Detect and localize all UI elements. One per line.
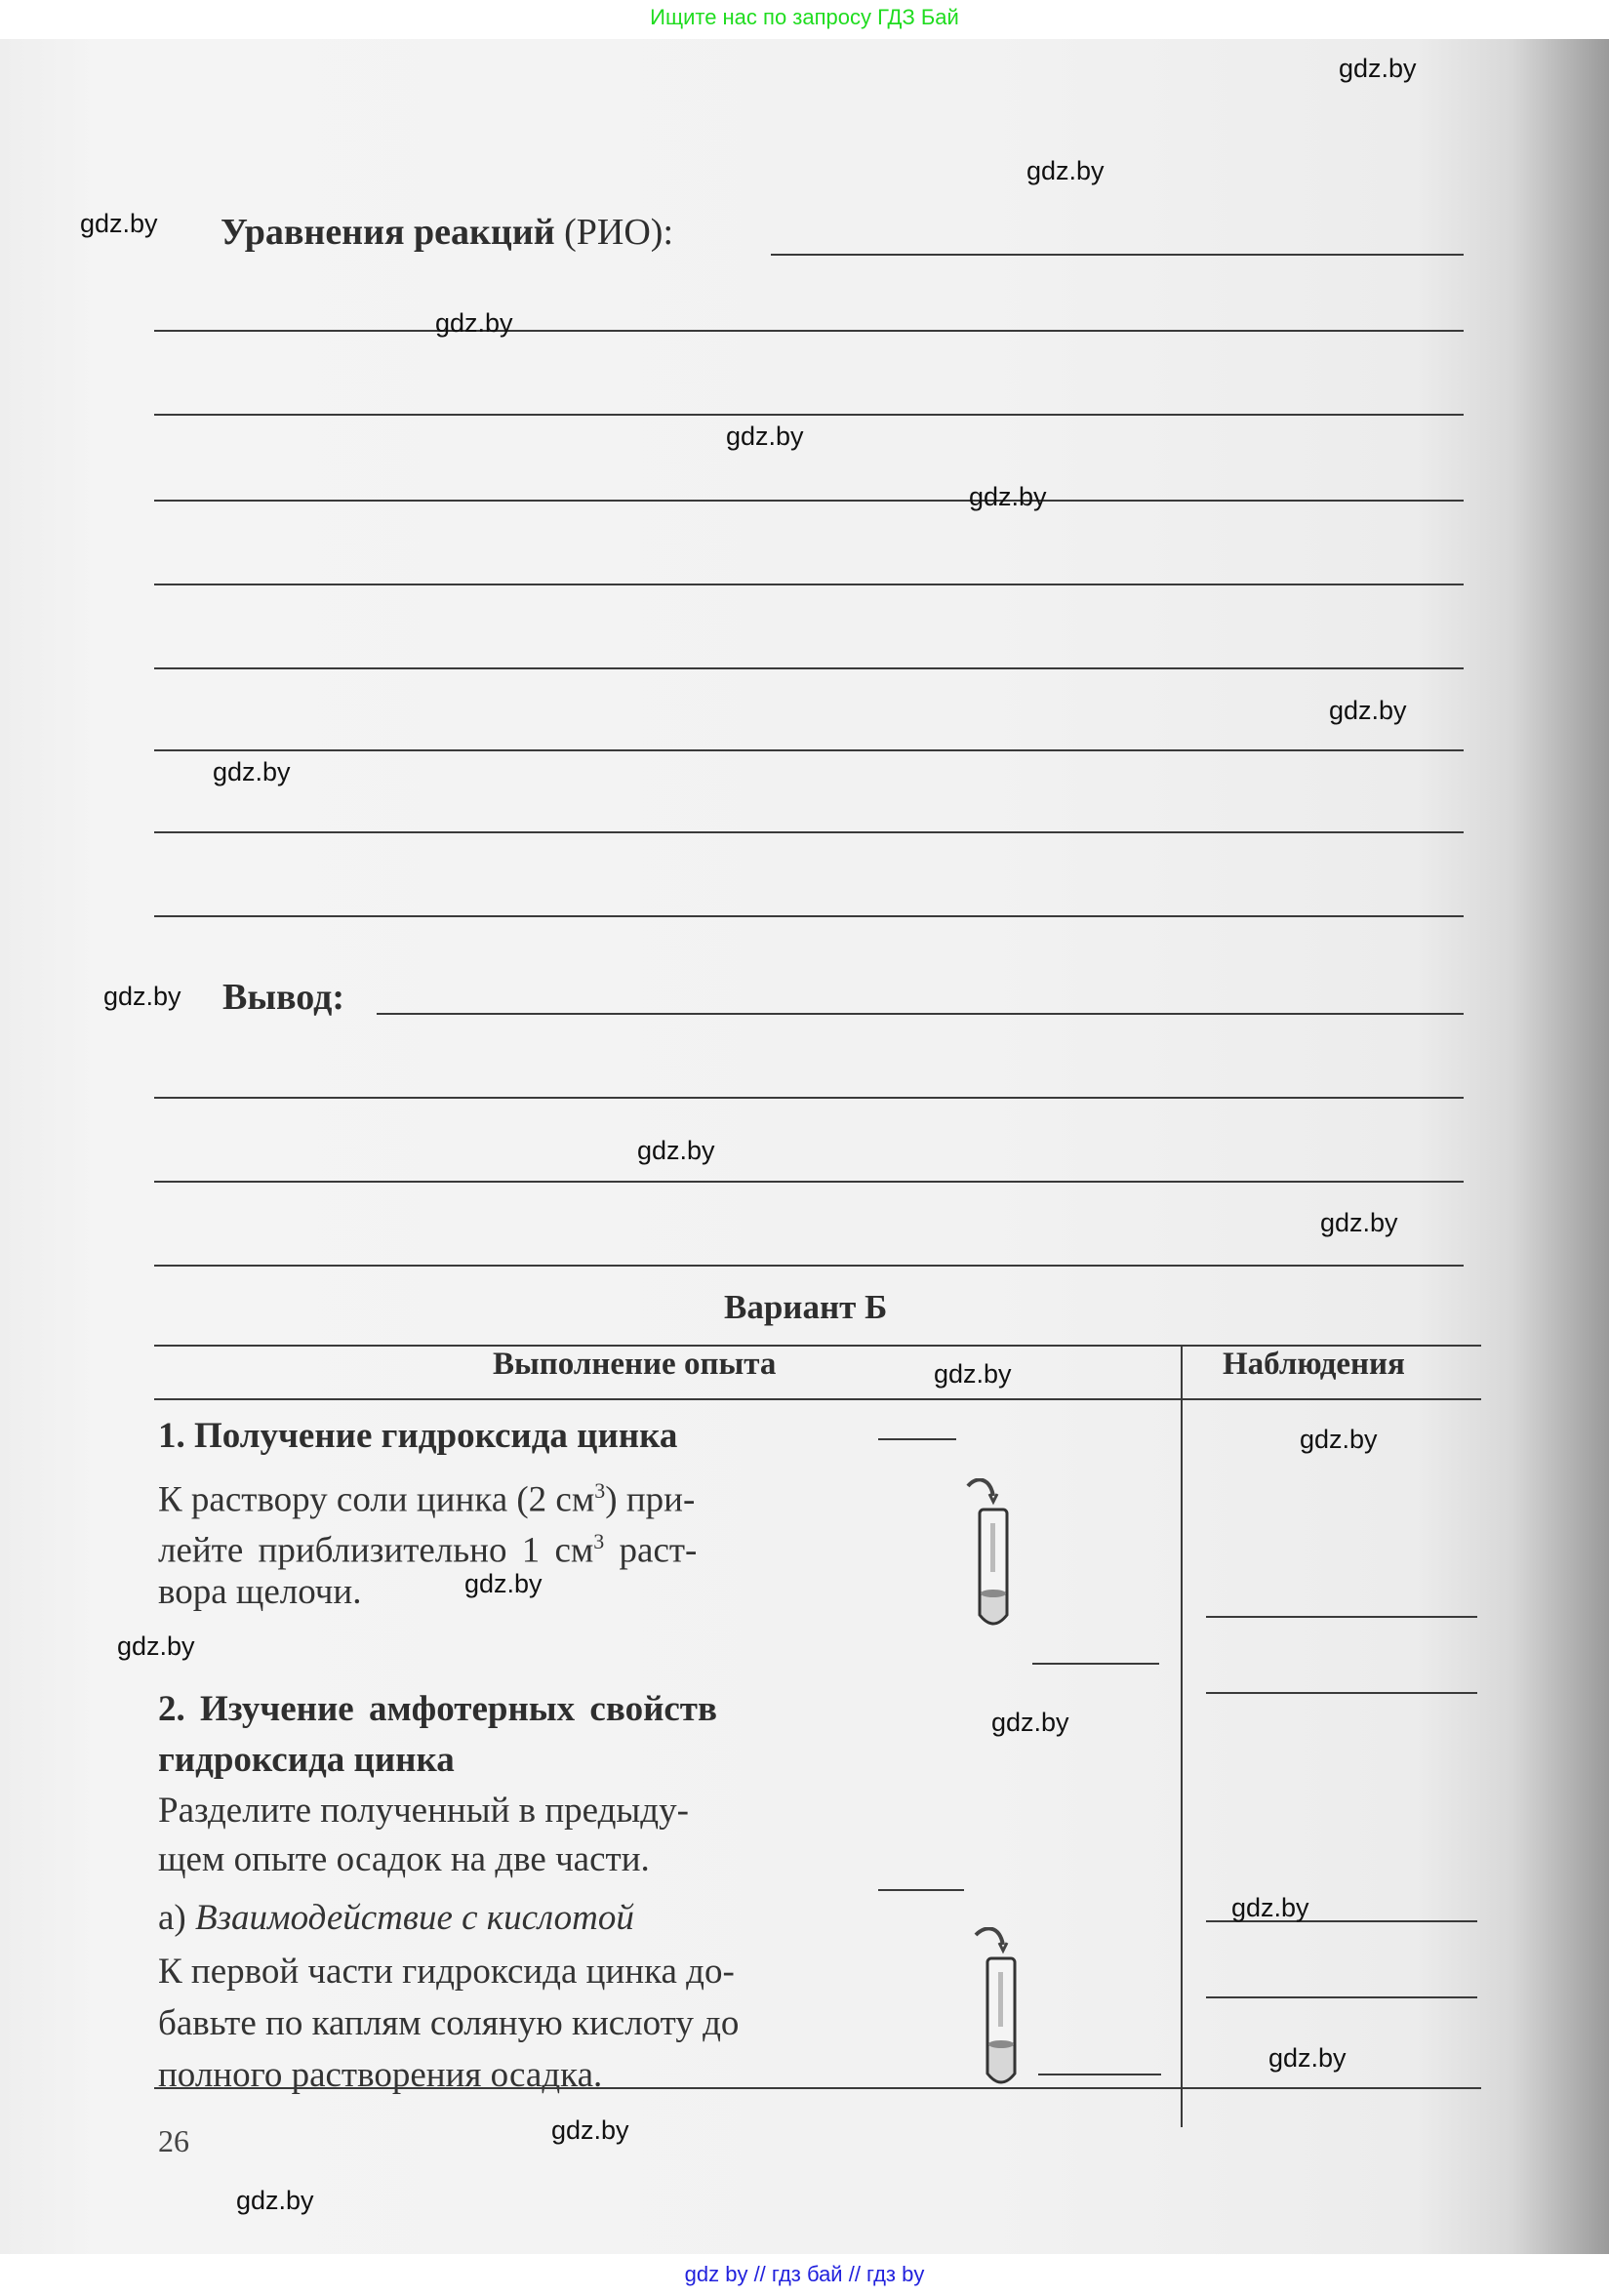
watermark: gdz.by bbox=[1339, 54, 1417, 84]
answer-line[interactable] bbox=[154, 1265, 1464, 1267]
answer-line[interactable] bbox=[377, 1013, 1464, 1015]
watermark: gdz.by bbox=[934, 1359, 1012, 1390]
watermark: gdz.by bbox=[1026, 156, 1105, 186]
step2a-heading: а) Взаимодействие с кислотой bbox=[158, 1893, 634, 1944]
step2a-text-line2: бавьте по каплям соляную кислоту до bbox=[158, 1998, 739, 2049]
column-header-procedure: Выполнение опыта bbox=[493, 1347, 776, 1383]
equations-heading: Уравнения реакций (РИО): bbox=[221, 211, 673, 254]
answer-line[interactable] bbox=[154, 1097, 1464, 1099]
test-tube-dropper-icon bbox=[966, 1478, 1025, 1634]
step2a-text-line1: К первой части гидроксида цинка до- bbox=[158, 1947, 735, 1997]
figure-answer-line[interactable] bbox=[1038, 2074, 1161, 2075]
watermark: gdz.by bbox=[991, 1708, 1069, 1738]
observation-line[interactable] bbox=[1206, 1616, 1477, 1618]
step2-title-line2: гидроксида цинка bbox=[158, 1739, 455, 1781]
step2a-text-line3: полного растворения осадка. bbox=[158, 2050, 602, 2101]
figure-answer-line[interactable] bbox=[878, 1889, 964, 1891]
equations-label-suffix: (РИО): bbox=[555, 212, 673, 253]
page-number: 26 bbox=[158, 2123, 189, 2159]
answer-line[interactable] bbox=[154, 330, 1464, 332]
watermark: gdz.by bbox=[236, 2186, 314, 2216]
observation-line[interactable] bbox=[1206, 1692, 1477, 1694]
step2-text-line1: Разделите полученный в предыду- bbox=[158, 1786, 689, 1836]
answer-line[interactable] bbox=[154, 584, 1464, 585]
answer-line[interactable] bbox=[154, 500, 1464, 502]
watermark: gdz.by bbox=[1268, 2043, 1347, 2074]
step2-text-line2: щем опыте осадок на две части. bbox=[158, 1834, 650, 1885]
answer-line[interactable] bbox=[154, 749, 1464, 751]
watermark: gdz.by bbox=[117, 1631, 195, 1662]
test-tube-dropper-icon bbox=[974, 1927, 1032, 2093]
watermark: gdz.by bbox=[1300, 1425, 1378, 1455]
watermark: gdz.by bbox=[1329, 696, 1407, 726]
figure-answer-line[interactable] bbox=[878, 1438, 956, 1440]
watermark: gdz.by bbox=[551, 2115, 629, 2146]
table-bottom-border bbox=[154, 2087, 1481, 2089]
answer-line[interactable] bbox=[154, 831, 1464, 833]
figure-answer-line[interactable] bbox=[1032, 1663, 1159, 1665]
column-header-observations: Наблюдения bbox=[1223, 1347, 1405, 1383]
answer-line[interactable] bbox=[154, 667, 1464, 669]
answer-line[interactable] bbox=[154, 414, 1464, 416]
watermark: gdz.by bbox=[637, 1136, 715, 1166]
conclusion-heading: Вывод: bbox=[222, 976, 344, 1019]
answer-line[interactable] bbox=[154, 915, 1464, 917]
watermark: gdz.by bbox=[726, 422, 804, 452]
table-column-divider bbox=[1181, 1345, 1183, 2127]
watermark: gdz.by bbox=[1320, 1208, 1398, 1238]
answer-line[interactable] bbox=[771, 254, 1464, 256]
watermark: gdz.by bbox=[103, 982, 181, 1012]
watermark: gdz.by bbox=[1231, 1893, 1309, 1923]
answer-line[interactable] bbox=[154, 1181, 1464, 1183]
table-header-border bbox=[154, 1398, 1481, 1400]
watermark: gdz.by bbox=[464, 1569, 543, 1599]
equations-label: Уравнения реакций bbox=[221, 212, 555, 253]
step1-title: 1. Получение гидроксида цинка bbox=[158, 1415, 677, 1457]
variant-b-title: Вариант Б bbox=[724, 1288, 887, 1327]
observation-line[interactable] bbox=[1206, 1996, 1477, 1998]
watermark: gdz.by bbox=[80, 209, 158, 239]
scanned-page: Уравнения реакций (РИО): Вывод: Вариант … bbox=[0, 39, 1609, 2254]
step2-title-line1: 2. Изучение амфотерных свойств bbox=[158, 1688, 717, 1730]
watermark: gdz.by bbox=[213, 757, 291, 787]
bottom-banner[interactable]: gdz by // гдз бай // гдз by bbox=[0, 2254, 1609, 2296]
watermark: gdz.by bbox=[435, 308, 513, 339]
watermark: gdz.by bbox=[969, 482, 1047, 512]
top-banner[interactable]: Ищите нас по запросу ГДЗ Бай bbox=[0, 0, 1609, 39]
step1-text-line3: вора щелочи. bbox=[158, 1567, 361, 1618]
